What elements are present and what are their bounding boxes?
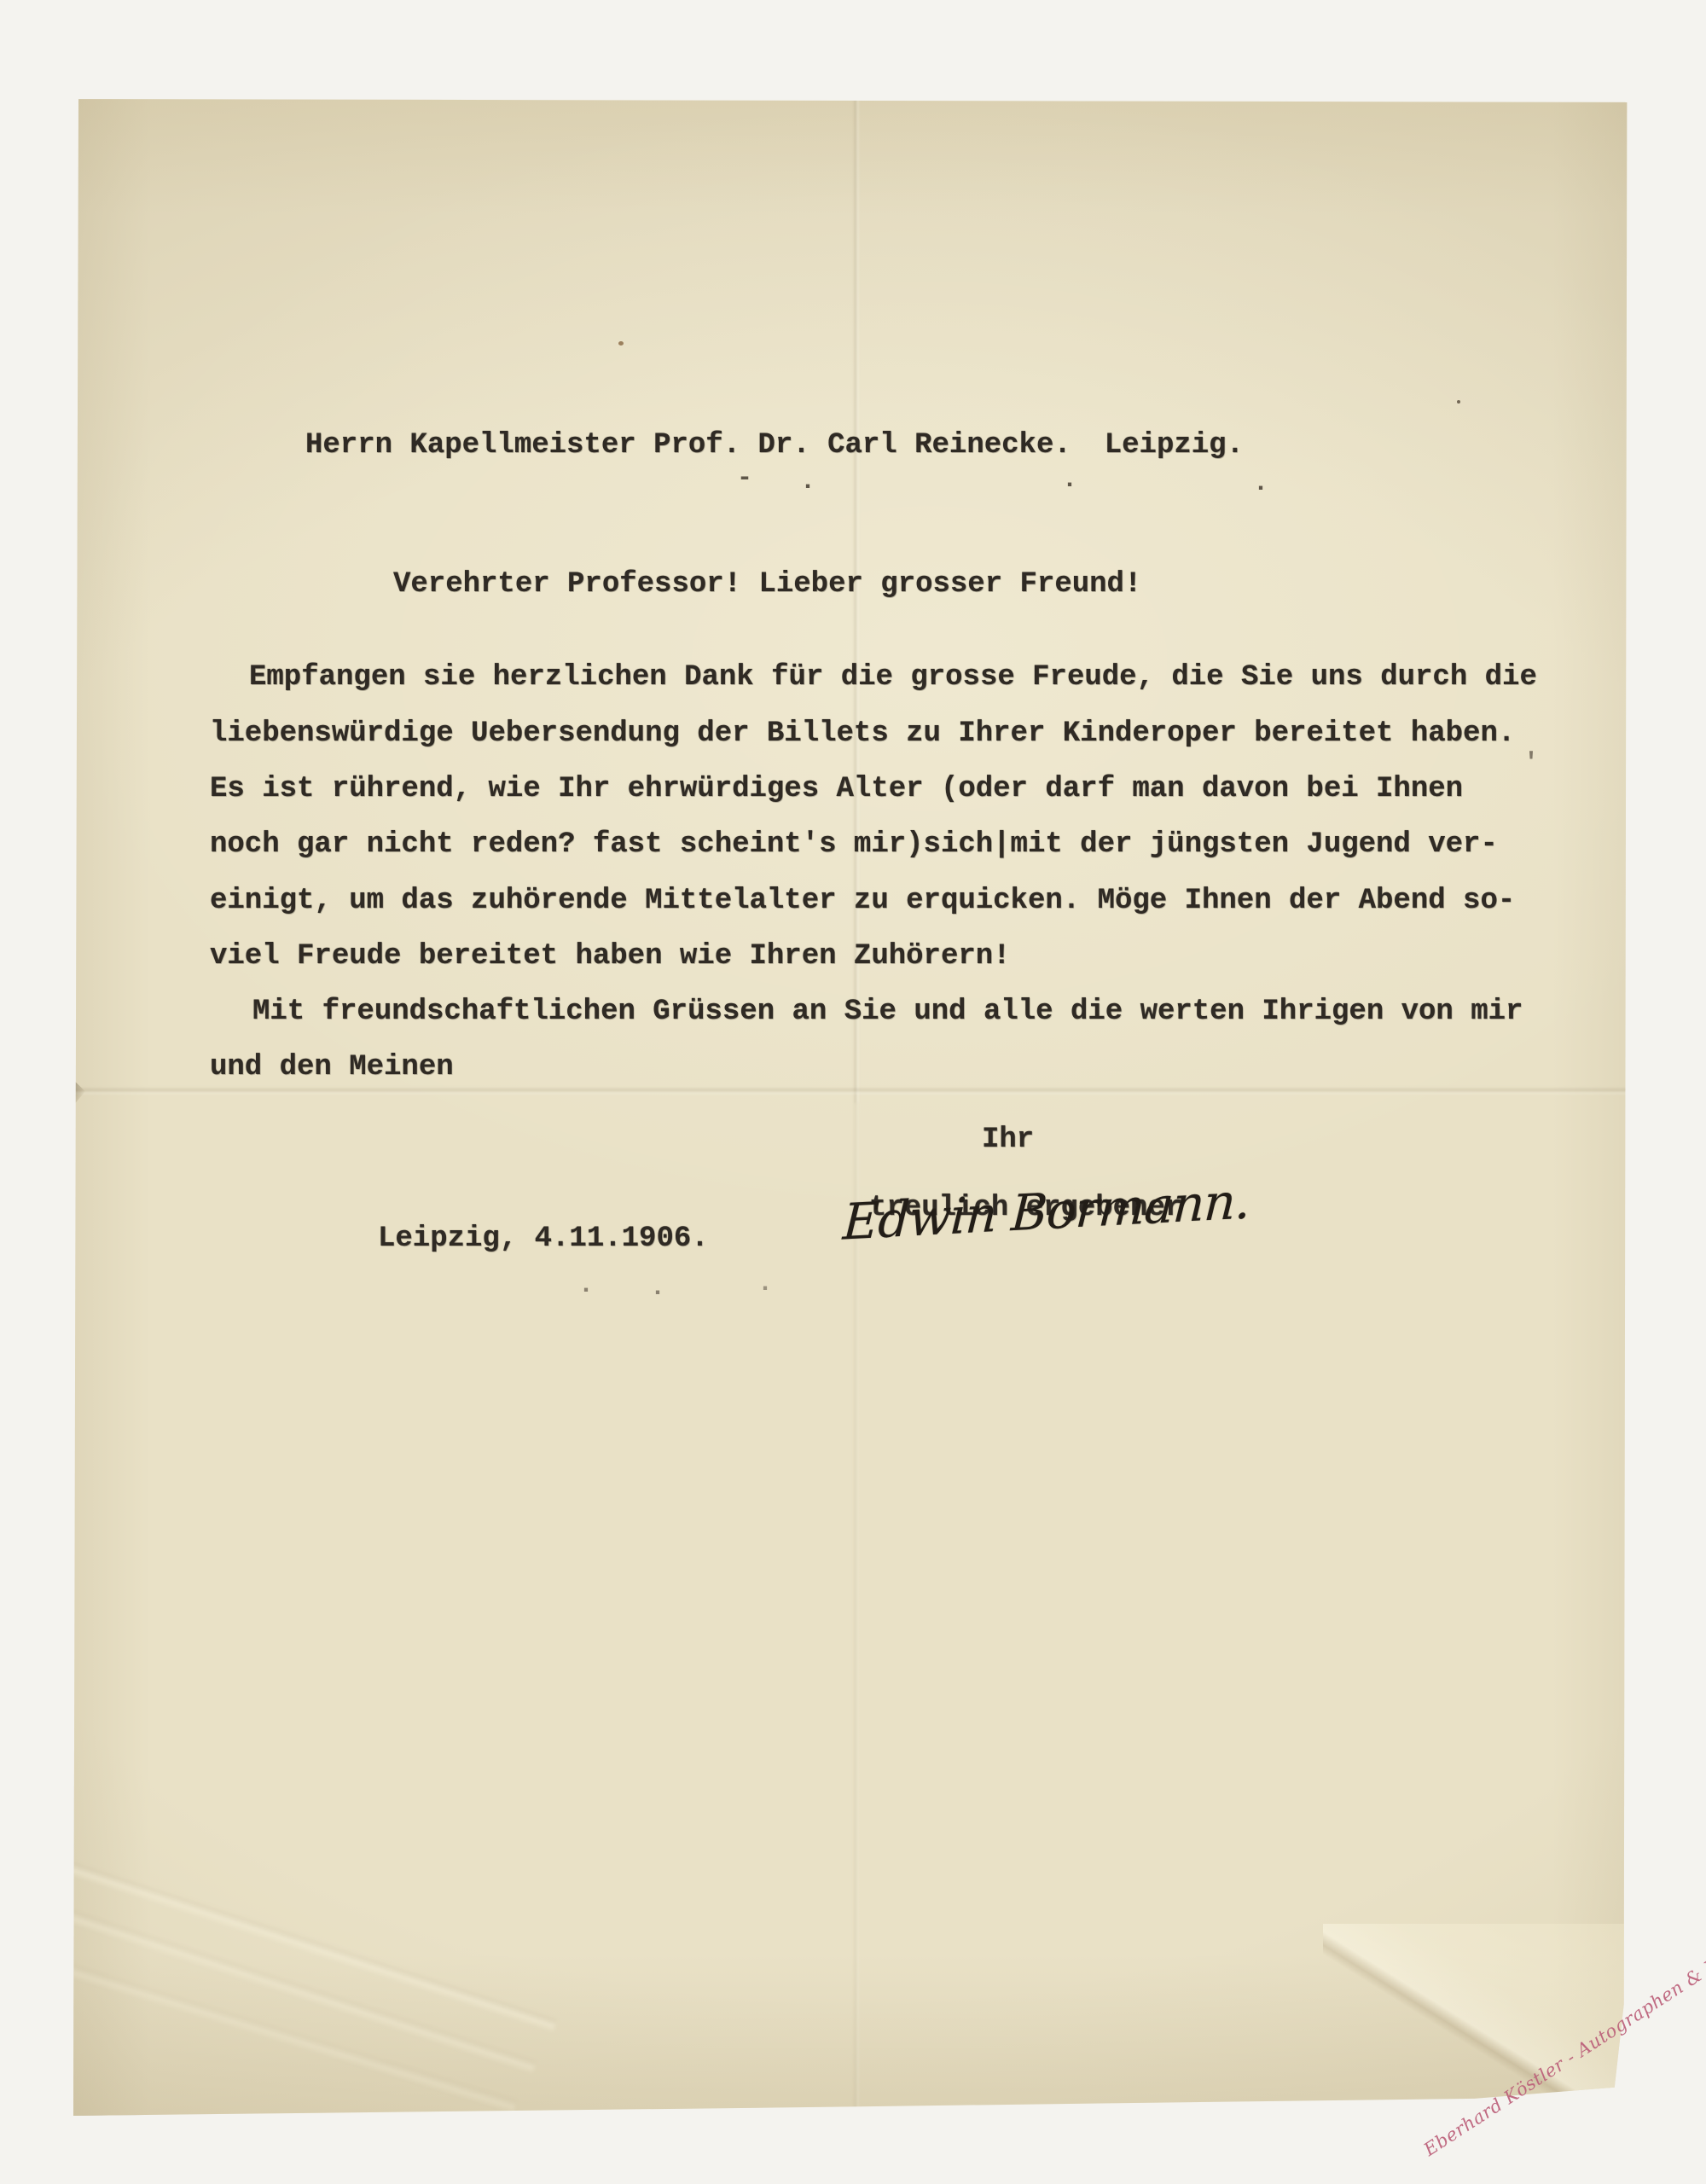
ditto-mark: . [757,1269,773,1298]
paper-speck [1457,400,1460,404]
bottom-right-corner-fold [1323,1924,1630,2116]
ditto-mark: . [650,1274,665,1303]
body-line: Mit freundschaftlichen Grüssen an Sie un… [252,995,1523,1029]
closing-pronoun: Ihr [982,1123,1034,1157]
ditto-mark: . [1062,466,1077,495]
recipient-city: Leipzig. [1105,429,1244,462]
handwritten-signature: Edwin Bormann. [842,1171,1251,1251]
recipient-line: Herrn Kapellmeister Prof. Dr. Carl Reine… [305,428,1244,462]
paper-speck [618,341,624,346]
body-line: viel Freude bereitet haben wie Ihren Zuh… [210,939,1011,973]
body-line: liebenswürdige Uebersendung der Billets … [210,717,1515,751]
ditto-mark: - [737,464,752,493]
vertical-fold-crease-lower [853,1103,860,2116]
ditto-mark: . [800,468,815,497]
left-edge-tear-notch [72,1078,85,1107]
recipient-name: Herrn Kapellmeister Prof. Dr. Carl Reine… [305,429,1071,462]
ditto-mark: . [1253,469,1268,498]
dateline: Leipzig, 4.11.1906. [378,1222,709,1256]
body-line: einigt, um das zuhörende Mittelalter zu … [210,884,1515,918]
horizontal-fold-crease [73,1087,1630,1095]
salutation-line: Verehrter Professor! Lieber grosser Freu… [393,567,1141,601]
body-line: Es ist rührend, wie Ihr ehrwürdiges Alte… [210,772,1463,806]
letter-sheet: Herrn Kapellmeister Prof. Dr. Carl Reine… [73,92,1630,2116]
bottom-left-crease-streak [33,1851,557,2033]
body-line: noch gar nicht reden? fast scheint's mir… [210,828,1498,862]
body-line: und den Meinen [210,1050,454,1084]
stray-apostrophe-mark: ' [1523,749,1539,778]
body-line: Empfangen sie herzlichen Dank für die gr… [249,660,1537,694]
scanned-letter-photo: Herrn Kapellmeister Prof. Dr. Carl Reine… [0,0,1706,2184]
ditto-mark: . [578,1271,594,1300]
